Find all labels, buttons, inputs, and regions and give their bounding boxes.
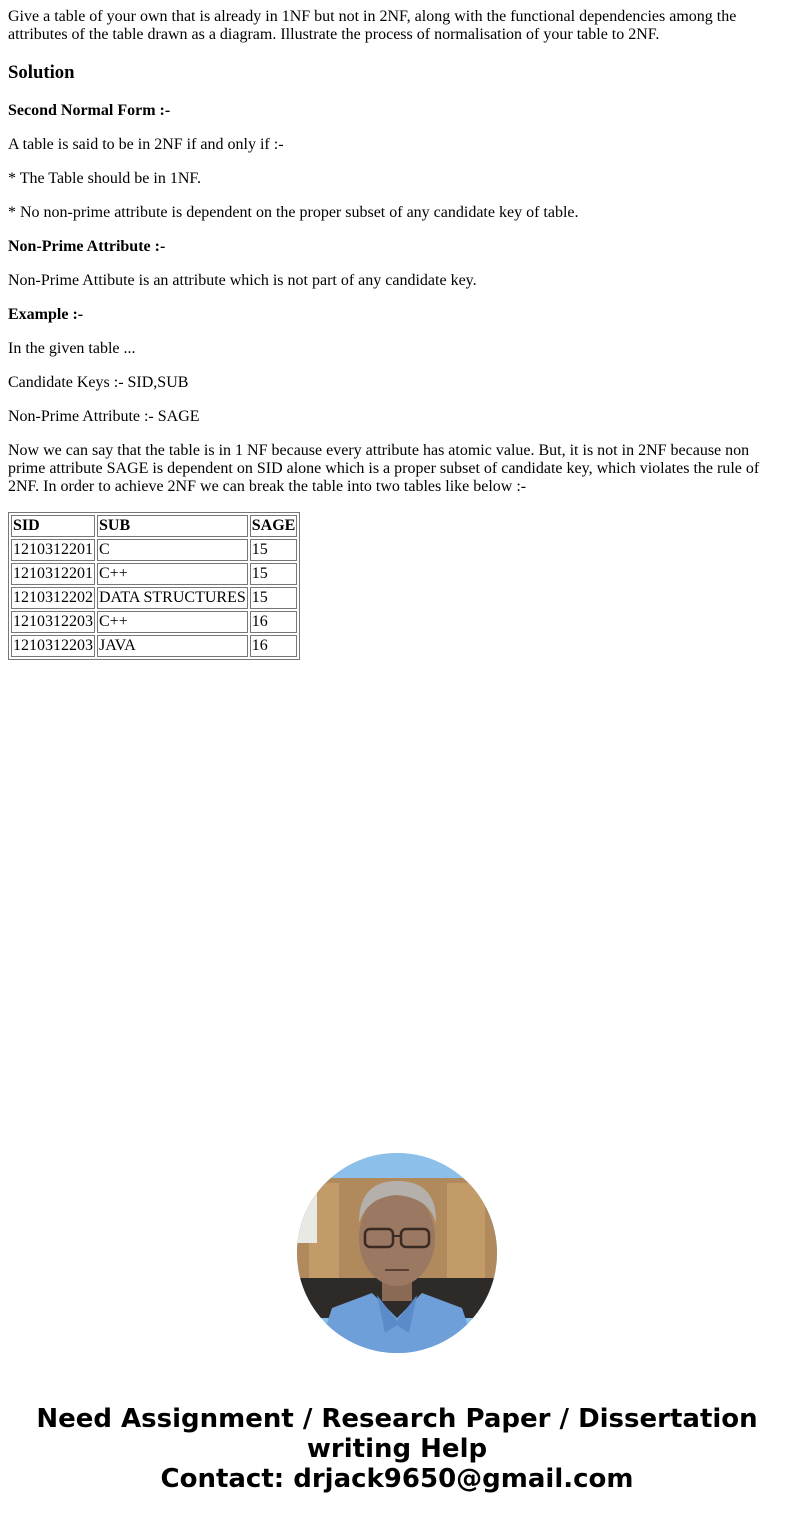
cell-sub: C — [97, 539, 248, 561]
footer-contact-email: Contact: drjack9650@gmail.com — [0, 1464, 794, 1494]
header-sid: SID — [11, 515, 95, 537]
footer-line-2: writing Help — [0, 1434, 794, 1464]
explanation-text: Now we can say that the table is in 1 NF… — [8, 442, 778, 496]
rule-1: * The Table should be in 1NF. — [8, 170, 778, 188]
cell-sid: 1210312202 — [11, 587, 95, 609]
non-prime-heading: Non-Prime Attribute :- — [8, 238, 778, 256]
table-row: 1210312202 DATA STRUCTURES 15 — [11, 587, 297, 609]
question-text: Give a table of your own that is already… — [8, 8, 778, 44]
cell-sub: C++ — [97, 563, 248, 585]
document-content: Give a table of your own that is already… — [8, 8, 778, 660]
student-table: SID SUB SAGE 1210312201 C 15 1210312201 … — [8, 512, 300, 660]
cell-sub: DATA STRUCTURES — [97, 587, 248, 609]
footer-line-1: Need Assignment / Research Paper / Disse… — [0, 1404, 794, 1434]
header-sub: SUB — [97, 515, 248, 537]
person-photo-avatar-icon — [297, 1153, 497, 1353]
example-intro: In the given table ... — [8, 340, 778, 358]
cell-sid: 1210312203 — [11, 611, 95, 633]
cell-sid: 1210312201 — [11, 539, 95, 561]
cell-sage: 15 — [250, 563, 298, 585]
second-nf-heading: Second Normal Form :- — [8, 102, 778, 120]
cell-sid: 1210312201 — [11, 563, 95, 585]
candidate-keys: Candidate Keys :- SID,SUB — [8, 374, 778, 392]
portrait-illustration-icon — [297, 1153, 497, 1353]
cell-sid: 1210312203 — [11, 635, 95, 657]
cell-sage: 15 — [250, 587, 298, 609]
cell-sage: 16 — [250, 635, 298, 657]
cell-sage: 15 — [250, 539, 298, 561]
table-header-row: SID SUB SAGE — [11, 515, 297, 537]
cell-sub: C++ — [97, 611, 248, 633]
solution-heading: Solution — [8, 62, 778, 84]
header-sage: SAGE — [250, 515, 298, 537]
footer-contact-banner: Need Assignment / Research Paper / Disse… — [0, 1404, 794, 1494]
second-nf-intro: A table is said to be in 2NF if and only… — [8, 136, 778, 154]
table-row: 1210312203 JAVA 16 — [11, 635, 297, 657]
non-prime-attribute: Non-Prime Attribute :- SAGE — [8, 408, 778, 426]
cell-sub: JAVA — [97, 635, 248, 657]
rule-2: * No non-prime attribute is dependent on… — [8, 204, 778, 222]
non-prime-definition: Non-Prime Attibute is an attribute which… — [8, 272, 778, 290]
table-row: 1210312201 C 15 — [11, 539, 297, 561]
table-row: 1210312201 C++ 15 — [11, 563, 297, 585]
table-row: 1210312203 C++ 16 — [11, 611, 297, 633]
cell-sage: 16 — [250, 611, 298, 633]
example-heading: Example :- — [8, 306, 778, 324]
